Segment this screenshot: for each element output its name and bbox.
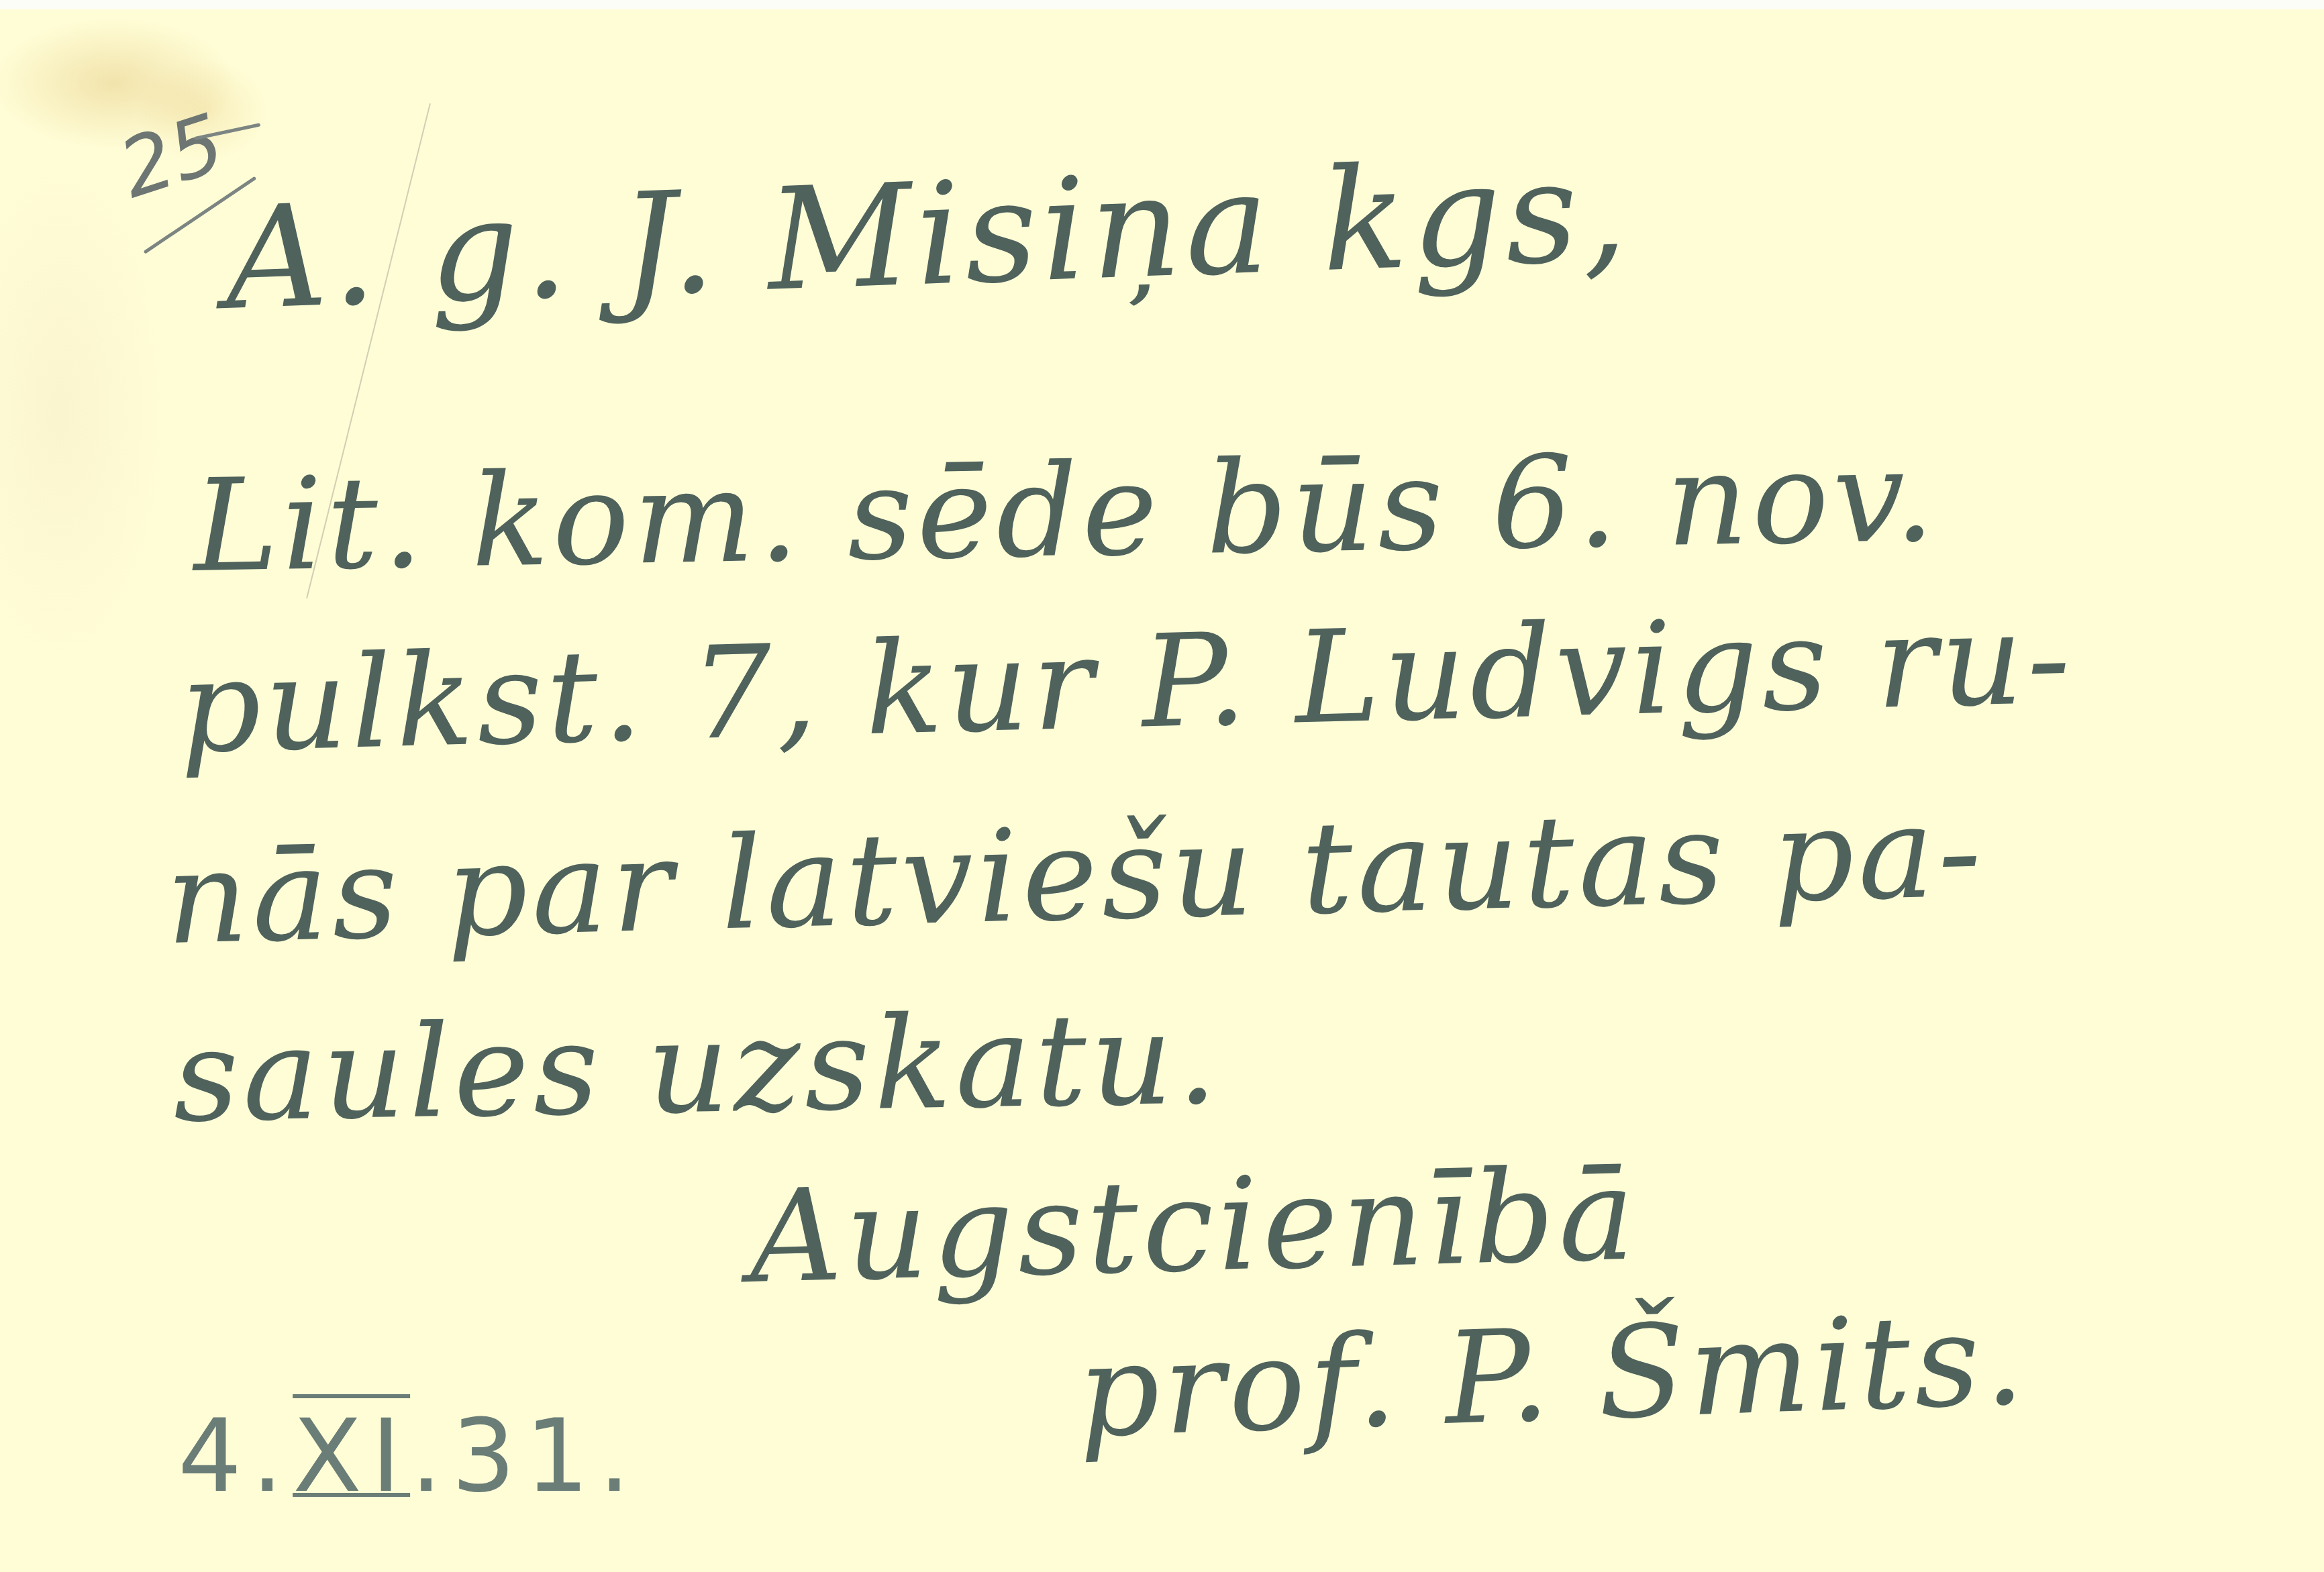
postcard: 25 A. g. J. Misiņa kgs, Lit. kom. sēde b…: [0, 9, 2324, 1572]
body-line-1: Lit. kom. sēde būs 6. nov.: [192, 422, 1939, 600]
pencil-page-number: 25: [109, 97, 235, 217]
date-month: XI: [293, 1398, 410, 1515]
signature: prof. P. Šmits.: [1075, 1285, 2031, 1466]
body-line-3: nās par latviešu tautas pa-: [164, 777, 1986, 973]
body-line-2: pulkst. 7, kur P. Ludvigs ru-: [177, 584, 2076, 782]
date-year: .31.: [410, 1398, 640, 1515]
date-day: 4.: [178, 1398, 293, 1515]
closing: Augstcienībā: [748, 1140, 1640, 1312]
date: 4.XI.31.: [178, 1398, 640, 1515]
body-line-4: saules uzskatu.: [172, 984, 1222, 1151]
salutation: A. g. J. Misiņa kgs,: [222, 128, 1633, 342]
